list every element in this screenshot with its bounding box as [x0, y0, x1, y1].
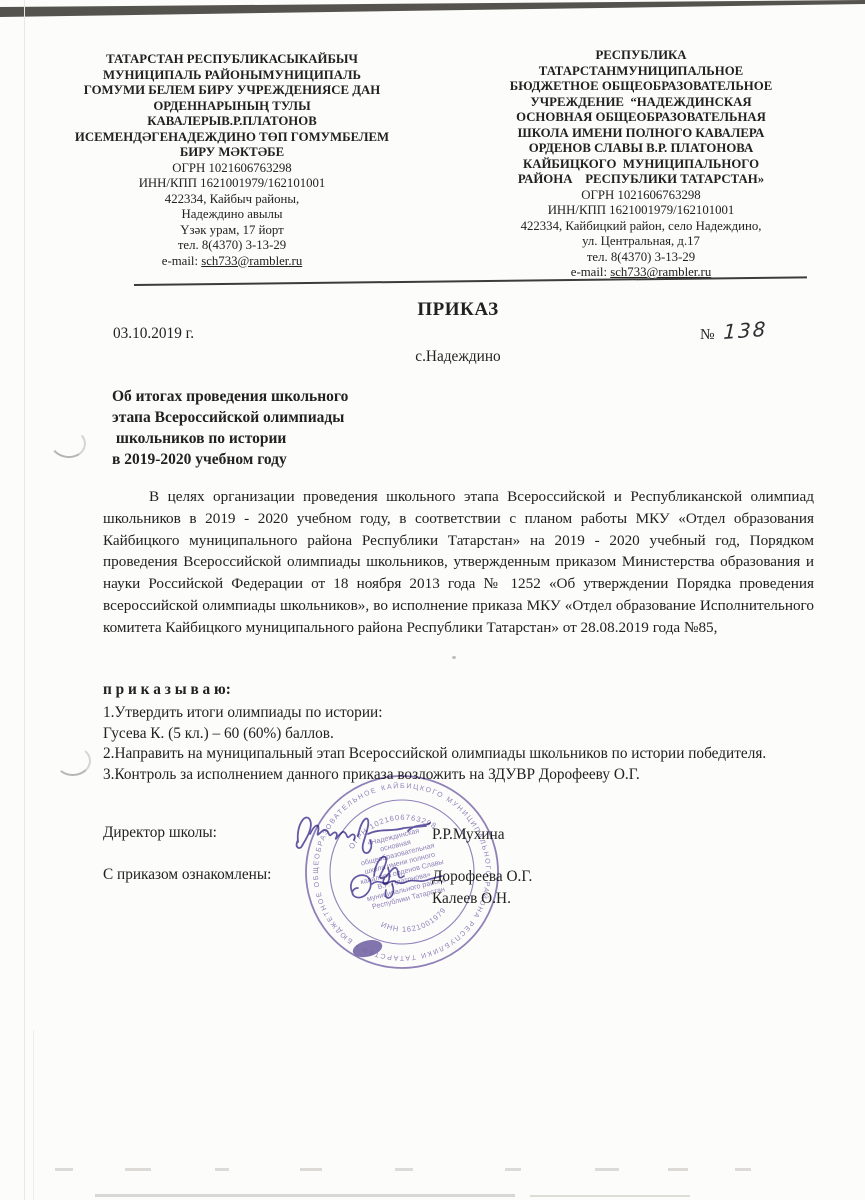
- subject-line: Об итогах проведения школьного: [112, 386, 348, 407]
- punch-hole-bottom: [54, 745, 91, 776]
- order-body-paragraph: В целях организации проведения школьного…: [103, 486, 814, 639]
- email-label: e-mail:: [571, 265, 610, 279]
- scanned-order-document: ТАТАРСТАН РЕСПУБЛИКАСЫКАЙБЫЧМУНИЦИПАЛЬ Р…: [0, 0, 865, 1200]
- letterhead-line: ШКОЛА ИМЕНИ ПОЛНОГО КАВАЛЕРА: [445, 126, 837, 142]
- letterhead-line: ОРДЕНОВ СЛАВЫ В.Р. ПЛАТОНОВА: [445, 141, 837, 157]
- letterhead-tatar-info: ОГРН 1021606763298ИНН/КПП 1621001979/162…: [57, 161, 407, 254]
- scan-smudge: [735, 1168, 751, 1171]
- order-subject: Об итогах проведения школьногоэтапа Всер…: [112, 386, 348, 470]
- letterhead-line: КАЙБИЦКОГО МУНИЦИПАЛЬНОГО: [445, 157, 837, 173]
- letterhead-line: ОСНОВНАЯ ОБЩЕОБРАЗОВАТЕЛЬНАЯ: [445, 110, 837, 126]
- email-address: sch733@rambler.ru: [201, 254, 302, 268]
- letterhead-line: ГОМУМИ БЕЛЕМ БИРУ УЧРЕЖДЕНИЯСЕ ДАН: [57, 83, 407, 99]
- acknowledged-label: С приказом ознакомлены:: [103, 866, 271, 884]
- scan-smudge: [300, 1168, 322, 1171]
- letterhead-line: БИРУ МӘКТӘБЕ: [57, 145, 407, 161]
- scan-smudge: [395, 1168, 413, 1171]
- scan-bottom-streak: [530, 1195, 690, 1197]
- letterhead-line: ИСЕМЕНДӘГЕНАДЕЖДИНО ТӨП ГОМУМБЕЛЕМ: [57, 130, 407, 146]
- subject-line: в 2019-2020 учебном году: [112, 449, 348, 470]
- letterhead-tatar-email: e-mail: sch733@rambler.ru: [57, 254, 407, 270]
- letterhead-line: ТАТАРСТАН РЕСПУБЛИКАСЫКАЙБЫЧ: [57, 52, 407, 68]
- order-number: №138: [700, 320, 767, 344]
- order-place: с.Надеждино: [103, 348, 813, 366]
- letterhead-line: МУНИЦИПАЛЬ РАЙОНЫМУНИЦИПАЛЬ: [57, 68, 407, 84]
- letterhead-line: Надеждино авылы: [57, 207, 407, 223]
- letterhead-tatar-name: ТАТАРСТАН РЕСПУБЛИКАСЫКАЙБЫЧМУНИЦИПАЛЬ Р…: [57, 52, 407, 161]
- scan-speck: [452, 656, 456, 659]
- letterhead-line: тел. 8(4370) 3-13-29: [445, 250, 837, 266]
- subject-line: этапа Всероссийской олимпиады: [112, 407, 348, 428]
- decree-lead: п р и к а з ы в а ю:: [103, 681, 231, 699]
- scan-bottom-streak: [95, 1194, 515, 1197]
- letterhead-russian-name: РЕСПУБЛИКАТАТАРСТАНМУНИЦИПАЛЬНОЕБЮДЖЕТНО…: [445, 48, 837, 188]
- letterhead-line: ОГРН 1021606763298: [57, 161, 407, 177]
- letterhead-line: ТАТАРСТАНМУНИЦИПАЛЬНОЕ: [445, 64, 837, 80]
- letterhead-line: РЕСПУБЛИКА: [445, 48, 837, 64]
- scan-smudge: [595, 1168, 619, 1171]
- letterhead-line: ИНН/КПП 1621001979/162101001: [445, 203, 837, 219]
- letterhead-line: КАВАЛЕРЫВ.Р.ПЛАТОНОВ: [57, 114, 407, 130]
- letterhead-line: РАЙОНА РЕСПУБЛИКИ ТАТАРСТАН»: [445, 172, 837, 188]
- letterhead-line: ОГРН 1021606763298: [445, 188, 837, 204]
- order-number-label: №: [700, 326, 715, 343]
- order-title: ПРИКАЗ: [103, 299, 813, 321]
- letterhead-line: тел. 8(4370) 3-13-29: [57, 238, 407, 254]
- letterhead-line: УЧРЕЖДЕНИЕ “НАДЕЖДИНСКАЯ: [445, 95, 837, 111]
- scan-smudge: [668, 1168, 688, 1171]
- scan-smudge: [125, 1168, 151, 1171]
- letterhead-line: Үзәк урам, 17 йорт: [57, 223, 407, 239]
- letterhead-tatar: ТАТАРСТАН РЕСПУБЛИКАСЫКАЙБЫЧМУНИЦИПАЛЬ Р…: [57, 52, 407, 269]
- director-label: Директор школы:: [103, 824, 217, 842]
- decree-item: 1.Утвердить итоги олимпиады по истории:: [103, 703, 814, 724]
- scan-smudge: [55, 1168, 73, 1171]
- scan-smudge: [505, 1168, 521, 1171]
- email-label: e-mail:: [162, 254, 201, 268]
- order-date: 03.10.2019 г.: [113, 325, 194, 343]
- kaleev-signature: [336, 864, 451, 912]
- scan-left-line: [24, 0, 25, 1200]
- scan-top-edge: [0, 0, 865, 22]
- letterhead-russian: РЕСПУБЛИКАТАТАРСТАНМУНИЦИПАЛЬНОЕБЮДЖЕТНО…: [445, 48, 837, 281]
- letterhead-line: ИНН/КПП 1621001979/162101001: [57, 176, 407, 192]
- punch-hole-top: [48, 426, 88, 461]
- decree-item: Гусева К. (5 кл.) – 60 (60%) баллов.: [103, 724, 814, 745]
- letterhead-line: 422334, Кайбицкий район, село Надеждино,: [445, 219, 837, 235]
- order-number-handwritten: 138: [723, 317, 768, 344]
- scan-left-line-2: [33, 1030, 34, 1200]
- letterhead-line: ул. Центральная, д.17: [445, 234, 837, 250]
- letterhead-line: 422334, Кайбыч районы,: [57, 192, 407, 208]
- scan-smudge: [215, 1168, 229, 1171]
- letterhead-line: ОРДЕННАРЫНЫҢ ТУЛЫ: [57, 99, 407, 115]
- letterhead-line: БЮДЖЕТНОЕ ОБЩЕОБРАЗОВАТЕЛЬНОЕ: [445, 79, 837, 95]
- letterhead-russian-info: ОГРН 1021606763298ИНН/КПП 1621001979/162…: [445, 188, 837, 266]
- subject-line: школьников по истории: [112, 428, 348, 449]
